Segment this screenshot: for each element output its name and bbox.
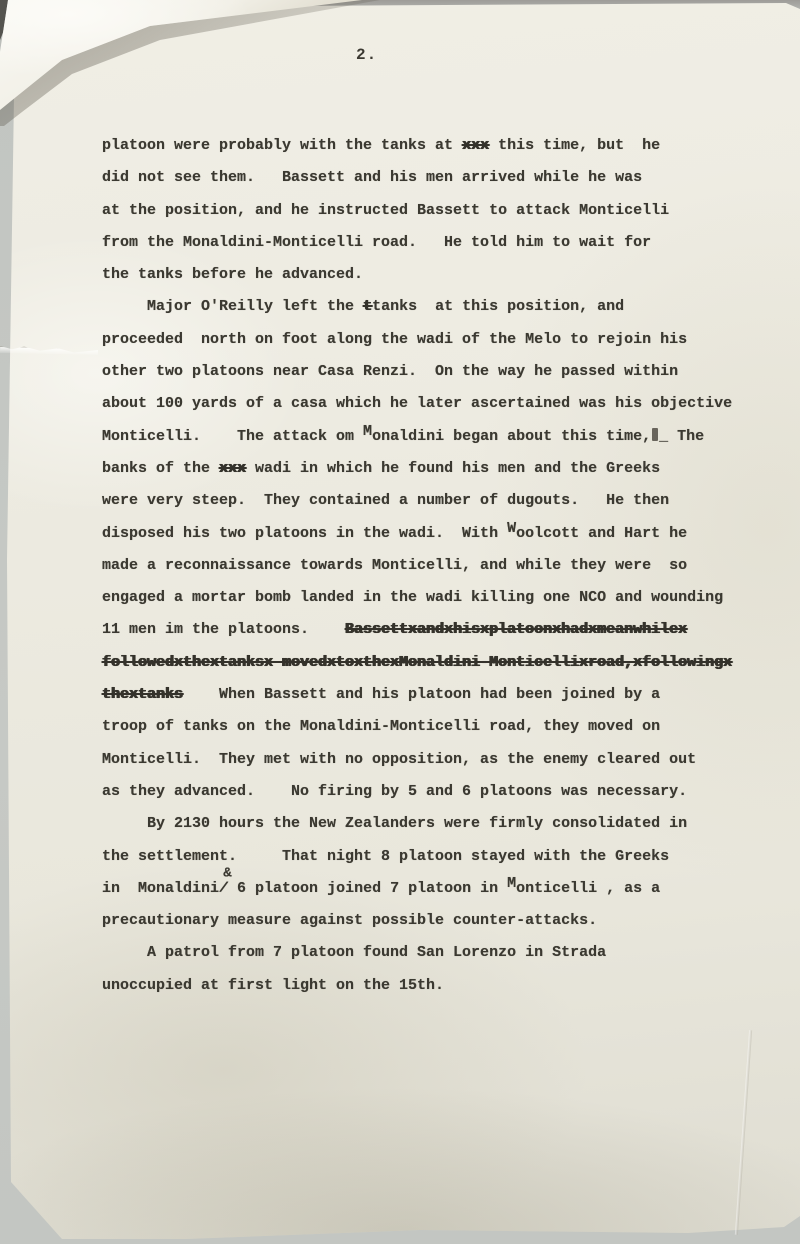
text-line: proceeded north on foot along the wadi o… bbox=[102, 324, 770, 356]
typewritten-text: Monticelli. They met with no opposition,… bbox=[102, 751, 696, 768]
typewritten-text: A patrol from 7 platoon found San Lorenz… bbox=[102, 944, 606, 961]
typewritten-text: were very steep. They contained a number… bbox=[102, 492, 669, 509]
text-line: other two platoons near Casa Renzi. On t… bbox=[102, 356, 770, 388]
typewritten-text: _ The bbox=[659, 428, 704, 445]
text-line: thextanks When Bassett and his platoon h… bbox=[102, 679, 770, 711]
text-line: 11 men im the platoons. Bassettxandxhisx… bbox=[102, 614, 770, 646]
typewritten-text: this time, but he bbox=[489, 137, 660, 154]
typewritten-text: 11 men im the platoons. bbox=[102, 621, 345, 638]
typewritten-text: By 2130 hours the New Zealanders were fi… bbox=[102, 815, 687, 832]
text-line: in Monaldini/& 6 platoon joined 7 platoo… bbox=[102, 873, 770, 905]
handwritten-insertion: /& bbox=[217, 872, 230, 905]
typewritten-text: tanks at this position, and bbox=[372, 298, 624, 315]
typewritten-text: M bbox=[363, 423, 372, 440]
typewritten-text: M bbox=[507, 875, 516, 892]
text-line: the tanks before he advanced. bbox=[102, 259, 770, 291]
typewritten-text: troop of tanks on the Monaldini-Monticel… bbox=[102, 718, 660, 735]
text-line: the settlement. That night 8 platoon sta… bbox=[102, 841, 770, 873]
typewritten-text: made a reconnaissance towards Monticelli… bbox=[102, 557, 687, 574]
text-line: at the position, and he instructed Basse… bbox=[102, 195, 770, 227]
ink-blot bbox=[652, 428, 658, 441]
text-line: banks of the xxx wadi in which he found … bbox=[102, 453, 770, 485]
typewritten-text: proceeded north on foot along the wadi o… bbox=[102, 331, 687, 348]
typewritten-text: engaged a mortar bomb landed in the wadi… bbox=[102, 589, 723, 606]
typewritten-text: at the position, and he instructed Basse… bbox=[102, 202, 669, 219]
text-line: made a reconnaissance towards Monticelli… bbox=[102, 550, 770, 582]
text-line: engaged a mortar bomb landed in the wadi… bbox=[102, 582, 770, 614]
text-line: did not see them. Bassett and his men ar… bbox=[102, 162, 770, 194]
typewritten-text: did not see them. Bassett and his men ar… bbox=[102, 169, 642, 186]
typewritten-text: onaldini began about this time, bbox=[372, 428, 651, 445]
text-line: Major O'Reilly left the ttanks at this p… bbox=[102, 291, 770, 323]
text-line: were very steep. They contained a number… bbox=[102, 485, 770, 517]
struck-out-text: xxx bbox=[219, 460, 246, 477]
typewritten-text: banks of the bbox=[102, 460, 219, 477]
struck-out-text: followedxthextanksx movedxtoxthexMonaldi… bbox=[102, 654, 732, 671]
struck-out-text: Bassettxandxhisxplatoonxhadxmeanwhilex bbox=[345, 621, 687, 638]
text-line: troop of tanks on the Monaldini-Monticel… bbox=[102, 711, 770, 743]
text-line: A patrol from 7 platoon found San Lorenz… bbox=[102, 937, 770, 969]
text-line: precautionary measure against possible c… bbox=[102, 905, 770, 937]
typewritten-text: in Monaldini bbox=[102, 880, 219, 897]
text-line: about 100 yards of a casa which he later… bbox=[102, 388, 770, 420]
text-line: as they advanced. No firing by 5 and 6 p… bbox=[102, 776, 770, 808]
page-number: 2. bbox=[356, 46, 377, 64]
text-line: By 2130 hours the New Zealanders were fi… bbox=[102, 808, 770, 840]
typewritten-text: the settlement. That night 8 platoon sta… bbox=[102, 848, 669, 865]
typewritten-text: about 100 yards of a casa which he later… bbox=[102, 395, 732, 412]
typewritten-text: oolcott and Hart he bbox=[516, 525, 687, 542]
typewritten-text: unoccupied at first light on the 15th. bbox=[102, 977, 444, 994]
typewritten-text: Major O'Reilly left the bbox=[102, 298, 363, 315]
typewritten-text: disposed his two platoons in the wadi. W… bbox=[102, 525, 507, 542]
text-line: disposed his two platoons in the wadi. W… bbox=[102, 518, 770, 550]
scanned-document-page: { "page": { "number": "2.", "colors": { … bbox=[0, 0, 800, 1244]
typewritten-text: onticelli , as a bbox=[516, 880, 660, 897]
text-line: platoon were probably with the tanks at … bbox=[102, 130, 770, 162]
document-text: platoon were probably with the tanks at … bbox=[102, 130, 770, 1002]
typewritten-text: Monticelli. The attack om bbox=[102, 428, 363, 445]
handwritten-ampersand: & bbox=[223, 857, 231, 889]
typewritten-text: When Bassett and his platoon had been jo… bbox=[183, 686, 660, 703]
text-line: Monticelli. The attack om Monaldini bega… bbox=[102, 421, 770, 453]
text-line: followedxthextanksx movedxtoxthexMonaldi… bbox=[102, 647, 770, 679]
struck-out-text: t bbox=[363, 298, 372, 315]
typewritten-text: other two platoons near Casa Renzi. On t… bbox=[102, 363, 678, 380]
typewritten-text: precautionary measure against possible c… bbox=[102, 912, 597, 929]
typewritten-text: 6 platoon joined 7 platoon in bbox=[228, 880, 507, 897]
typewritten-text: from the Monaldini-Monticelli road. He t… bbox=[102, 234, 651, 251]
struck-out-text: thextanks bbox=[102, 686, 183, 703]
typewritten-text: platoon were probably with the tanks at bbox=[102, 137, 462, 154]
text-line: unoccupied at first light on the 15th. bbox=[102, 970, 770, 1002]
struck-out-text: xxx bbox=[462, 137, 489, 154]
text-line: Monticelli. They met with no opposition,… bbox=[102, 744, 770, 776]
typewritten-text: as they advanced. No firing by 5 and 6 p… bbox=[102, 783, 687, 800]
typewritten-text: wadi in which he found his men and the G… bbox=[246, 460, 660, 477]
typewritten-text: the tanks before he advanced. bbox=[102, 266, 363, 283]
typewritten-text: W bbox=[507, 520, 516, 537]
text-line: from the Monaldini-Monticelli road. He t… bbox=[102, 227, 770, 259]
